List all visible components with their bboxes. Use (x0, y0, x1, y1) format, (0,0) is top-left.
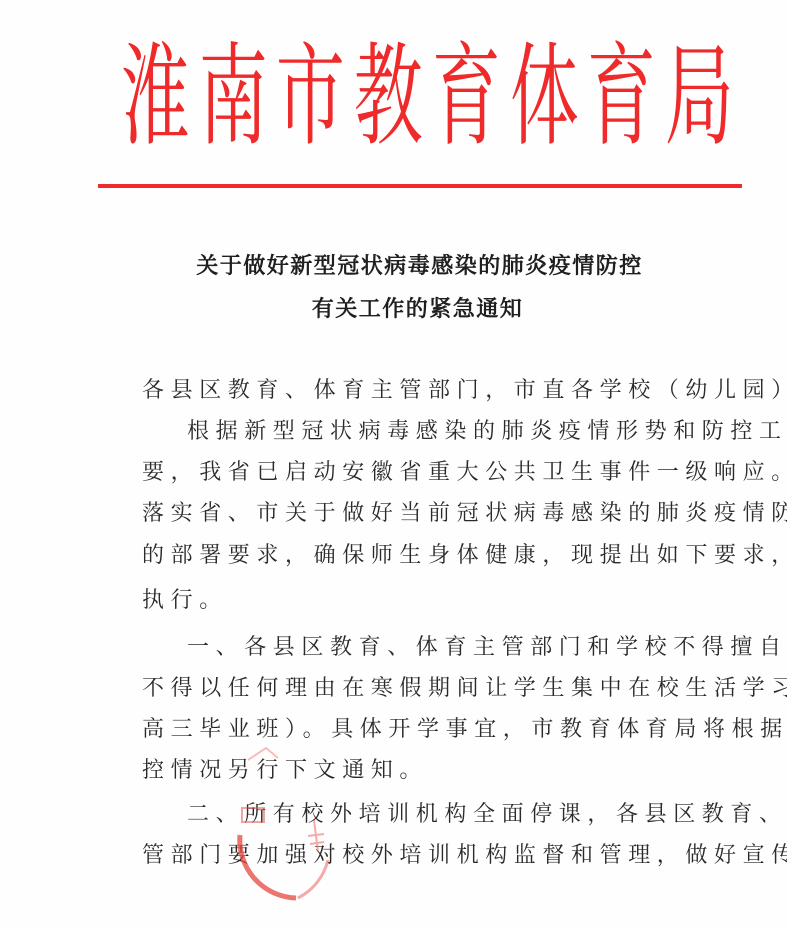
masthead-char: 淮 (121, 41, 183, 152)
masthead-char: 南 (199, 41, 261, 152)
masthead-char: 教 (354, 41, 416, 152)
paragraph-3-line: 二、所有校外培训机构全面停课，各县区教育、体育主 (187, 804, 787, 826)
masthead-char: 体 (509, 41, 571, 152)
paragraph-2-line: 一、各县区教育、体育主管部门和学校不得擅自开学， (187, 637, 787, 659)
paragraph-1-line: 要，我省已启动安徽省重大公共卫生事件一级响应。为贯彻 (142, 462, 787, 484)
paragraph-1-line: 的部署要求，确保师生身体健康，现提出如下要求，请严格 (142, 545, 787, 567)
paragraph-1-line: 执行。 (142, 590, 228, 612)
document-title-line-1: 关于做好新型冠状病毒感染的肺炎疫情防控 (26, 255, 787, 277)
paragraph-1-line: 落实省、市关于做好当前冠状病毒感染的肺炎疫情防控工作 (142, 503, 787, 525)
paragraph-2-line: 高三毕业班）。具体开学事宜，市教育体育局将根据疫情防 (142, 719, 787, 741)
paragraph-3-line: 管部门要加强对校外培训机构监督和管理，做好宣传和引导， (142, 845, 787, 867)
salutation: 各县区教育、体育主管部门，市直各学校（幼儿园）： (142, 380, 787, 402)
paragraph-1-line: 根据新型冠状病毒感染的肺炎疫情形势和防控工作需 (187, 421, 787, 443)
masthead-char: 育 (432, 41, 494, 152)
document-title-line-2: 有关工作的紧急通知 (24, 298, 787, 320)
paragraph-2-line: 控情况另行下文通知。 (142, 760, 428, 782)
document-page: 淮 南 市 教 育 体 育 局 关于做好新型冠状病毒感染的肺炎疫情防控 有关工作… (0, 0, 787, 930)
masthead-char: 市 (276, 41, 338, 152)
masthead-char: 局 (665, 41, 727, 152)
masthead-red-rule (98, 184, 742, 188)
paragraph-2-line: 不得以任何理由在寒假期间让学生集中在校生活学习（包括 (142, 678, 787, 700)
masthead-title: 淮 南 市 教 育 体 育 局 (114, 34, 734, 158)
masthead-char: 育 (587, 41, 649, 152)
